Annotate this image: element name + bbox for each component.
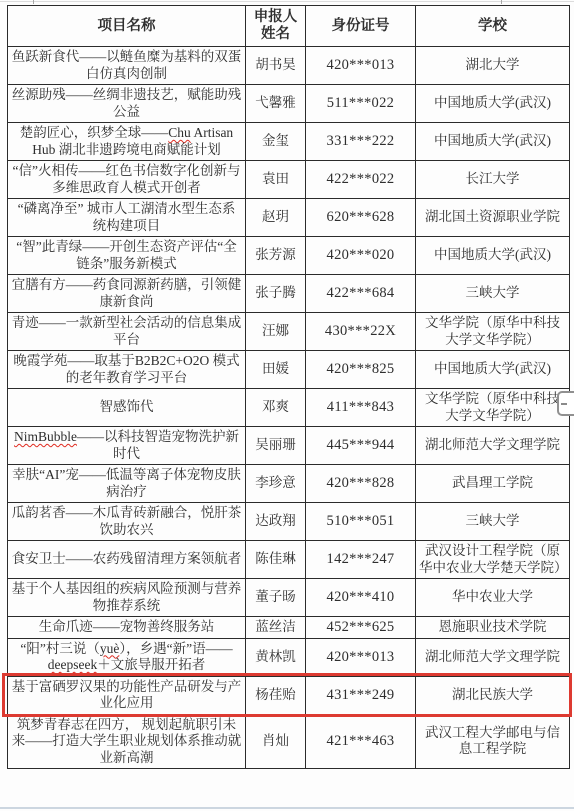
applicant-cell: 田媛 — [246, 351, 306, 389]
school-cell: 湖北国土资源职业学院 — [416, 199, 570, 237]
applicant-cell: 黄林凯 — [246, 638, 306, 676]
table-row: 食安卫士——农药残留清理方案领航者 陈佳琳 142***247 武汉设计工程学院… — [8, 541, 570, 579]
applicant-cell: 弋馨雅 — [246, 85, 306, 123]
project-cell: 基于富硒罗汉果的功能性产品研发与产业化应用 — [8, 676, 246, 714]
id-cell: 420***825 — [306, 351, 416, 389]
projects-table: 项目名称 申报人 姓名 身份证号 学校 鱼跃新食代——以鲢鱼糜为基料的双蛋白仿真… — [7, 5, 570, 769]
school-cell: 湖北师范大学文理学院 — [416, 638, 570, 676]
school-cell: 武昌理工学院 — [416, 465, 570, 503]
school-cell: 武汉设计工程学院（原华中农业大学楚天学院） — [416, 541, 570, 579]
project-cell: 瓜韵茗香——木瓜青砖新融合，悦肝茶饮助农兴 — [8, 503, 246, 541]
applicant-cell: 吴丽珊 — [246, 427, 306, 465]
table-row: “阳”村三说（yuè），乡遇“新”语——deepseek＋文旅导服开拓者 黄林凯… — [8, 638, 570, 676]
project-cell: “阳”村三说（yuè），乡遇“新”语——deepseek＋文旅导服开拓者 — [8, 638, 246, 676]
table-row: 基于富硒罗汉果的功能性产品研发与产业化应用 杨荏贻 431***249 湖北民族… — [8, 676, 570, 714]
id-cell: 421***463 — [306, 714, 416, 769]
table-row: “智”此青绿——开创生态资产评估“全链条”服务新模式 张芳源 420***020… — [8, 237, 570, 275]
id-cell: 411***843 — [306, 389, 416, 427]
id-cell: 420***828 — [306, 465, 416, 503]
page-bottom-divider — [0, 807, 574, 809]
project-cell: 生命爪迹——宠物善终服务站 — [8, 617, 246, 639]
header-row: 项目名称 申报人 姓名 身份证号 学校 — [8, 6, 570, 47]
school-cell: 华中农业大学 — [416, 579, 570, 617]
table-row: “信”火相传——红色书信数字化创新与多维思政育人模式开创者 袁田 422***0… — [8, 161, 570, 199]
id-cell: 511***022 — [306, 85, 416, 123]
id-cell: 422***684 — [306, 275, 416, 313]
school-cell: 中国地质大学(武汉) — [416, 123, 570, 161]
table-row: 晚霞学苑——取基于B2B2C+O2O 模式的老年教育学习平台 田媛 420***… — [8, 351, 570, 389]
project-cell: “信”火相传——红色书信数字化创新与多维思政育人模式开创者 — [8, 161, 246, 199]
school-cell: 中国地质大学(武汉) — [416, 351, 570, 389]
school-cell: 恩施职业技术学院 — [416, 617, 570, 639]
school-cell: 长江大学 — [416, 161, 570, 199]
id-cell: 420***410 — [306, 579, 416, 617]
top-border-remnant — [501, 0, 502, 4]
table-row: 鱼跃新食代——以鲢鱼糜为基料的双蛋白仿真肉创制 胡书昊 420***013 湖北… — [8, 47, 570, 85]
project-cell: 智感饰代 — [8, 389, 246, 427]
page-top-divider — [0, 1, 574, 2]
project-cell: 鱼跃新食代——以鲢鱼糜为基料的双蛋白仿真肉创制 — [8, 47, 246, 85]
project-cell: 楚韵匠心，织梦全球——Chu Artisan Hub 湖北非遗跨境电商赋能计划 — [8, 123, 246, 161]
project-cell: “智”此青绿——开创生态资产评估“全链条”服务新模式 — [8, 237, 246, 275]
applicant-cell: 肖灿 — [246, 714, 306, 769]
project-cell: “磷离净至” 城市人工湖清水型生态系统构建项目 — [8, 199, 246, 237]
school-cell: 三峡大学 — [416, 275, 570, 313]
applicant-cell: 汪娜 — [246, 313, 306, 351]
table-row: 基于个人基因组的疾病风险预测与营养物推荐系统 董子旸 420***410 华中农… — [8, 579, 570, 617]
table-row: 筑梦青春志在四方， 规划起航职引未来——打造大学生职业规划体系推动就业新高潮 肖… — [8, 714, 570, 769]
id-cell: 431***249 — [306, 676, 416, 714]
table-row: 青迹——一款新型社会活动的信息集成平台 汪娜 430***22X 文华学院（原华… — [8, 313, 570, 351]
project-cell: 基于个人基因组的疾病风险预测与营养物推荐系统 — [8, 579, 246, 617]
school-cell: 文华学院（原华中科技大学文华学院） — [416, 389, 570, 427]
school-cell: 湖北师范大学文理学院 — [416, 427, 570, 465]
project-cell: 宜膳有方——药食同源新药膳，引领健康新食尚 — [8, 275, 246, 313]
id-cell: 422***022 — [306, 161, 416, 199]
project-cell: 丝源助残——丝绸非遗技艺，赋能助残公益 — [8, 85, 246, 123]
school-cell: 湖北民族大学 — [416, 676, 570, 714]
id-cell: 620***628 — [306, 199, 416, 237]
id-cell: 331***222 — [306, 123, 416, 161]
id-cell: 420***020 — [306, 237, 416, 275]
project-cell: 青迹——一款新型社会活动的信息集成平台 — [8, 313, 246, 351]
project-cell: NimBubble——以科技智造宠物洗护新时代 — [8, 427, 246, 465]
id-cell: 430***22X — [306, 313, 416, 351]
table-row: 丝源助残——丝绸非遗技艺，赋能助残公益 弋馨雅 511***022 中国地质大学… — [8, 85, 570, 123]
applicant-cell: 李珍意 — [246, 465, 306, 503]
applicant-cell: 董子旸 — [246, 579, 306, 617]
applicant-cell: 陈佳琳 — [246, 541, 306, 579]
applicant-cell: 杨荏贻 — [246, 676, 306, 714]
project-cell: 幸肤“AI”宠——低温等离子体宠物皮肤病治疗 — [8, 465, 246, 503]
id-cell: 452***625 — [306, 617, 416, 639]
header-id-number: 身份证号 — [306, 6, 416, 47]
id-cell: 445***944 — [306, 427, 416, 465]
header-school: 学校 — [416, 6, 570, 47]
id-cell: 142***247 — [306, 541, 416, 579]
school-cell: 文华学院（原华中科技大学文华学院） — [416, 313, 570, 351]
applicant-cell: 赵玥 — [246, 199, 306, 237]
id-cell: 420***013 — [306, 638, 416, 676]
header-project-name: 项目名称 — [8, 6, 246, 47]
table-row: 宜膳有方——药食同源新药膳，引领健康新食尚 张子腾 422***684 三峡大学 — [8, 275, 570, 313]
school-cell: 中国地质大学(武汉) — [416, 85, 570, 123]
applicant-cell: 蓝丝洁 — [246, 617, 306, 639]
school-cell: 三峡大学 — [416, 503, 570, 541]
top-border-remnant — [33, 0, 34, 4]
applicant-cell: 胡书昊 — [246, 47, 306, 85]
id-cell: 510***051 — [306, 503, 416, 541]
project-cell: 食安卫士——农药残留清理方案领航者 — [8, 541, 246, 579]
table-row: 幸肤“AI”宠——低温等离子体宠物皮肤病治疗 李珍意 420***828 武昌理… — [8, 465, 570, 503]
table-row: 智感饰代 邓爽 411***843 文华学院（原华中科技大学文华学院） — [8, 389, 570, 427]
table-row: 生命爪迹——宠物善终服务站 蓝丝洁 452***625 恩施职业技术学院 — [8, 617, 570, 639]
applicant-cell: 张子腾 — [246, 275, 306, 313]
school-cell: 武汉工程大学邮电与信息工程学院 — [416, 714, 570, 769]
table-row: NimBubble——以科技智造宠物洗护新时代 吴丽珊 445***944 湖北… — [8, 427, 570, 465]
project-cell: 筑梦青春志在四方， 规划起航职引未来——打造大学生职业规划体系推动就业新高潮 — [8, 714, 246, 769]
table-row: 瓜韵茗香——木瓜青砖新融合，悦肝茶饮助农兴 达政翔 510***051 三峡大学 — [8, 503, 570, 541]
side-widget-button[interactable] — [557, 391, 574, 416]
applicant-cell: 邓爽 — [246, 389, 306, 427]
minus-icon — [561, 403, 567, 405]
header-applicant-name: 申报人 姓名 — [246, 6, 306, 47]
applicant-cell: 达政翔 — [246, 503, 306, 541]
school-cell: 湖北大学 — [416, 47, 570, 85]
project-cell: 晚霞学苑——取基于B2B2C+O2O 模式的老年教育学习平台 — [8, 351, 246, 389]
table-row: “磷离净至” 城市人工湖清水型生态系统构建项目 赵玥 620***628 湖北国… — [8, 199, 570, 237]
table-row: 楚韵匠心，织梦全球——Chu Artisan Hub 湖北非遗跨境电商赋能计划 … — [8, 123, 570, 161]
applicant-cell: 张芳源 — [246, 237, 306, 275]
applicant-cell: 袁田 — [246, 161, 306, 199]
id-cell: 420***013 — [306, 47, 416, 85]
school-cell: 中国地质大学(武汉) — [416, 237, 570, 275]
applicant-cell: 金玺 — [246, 123, 306, 161]
